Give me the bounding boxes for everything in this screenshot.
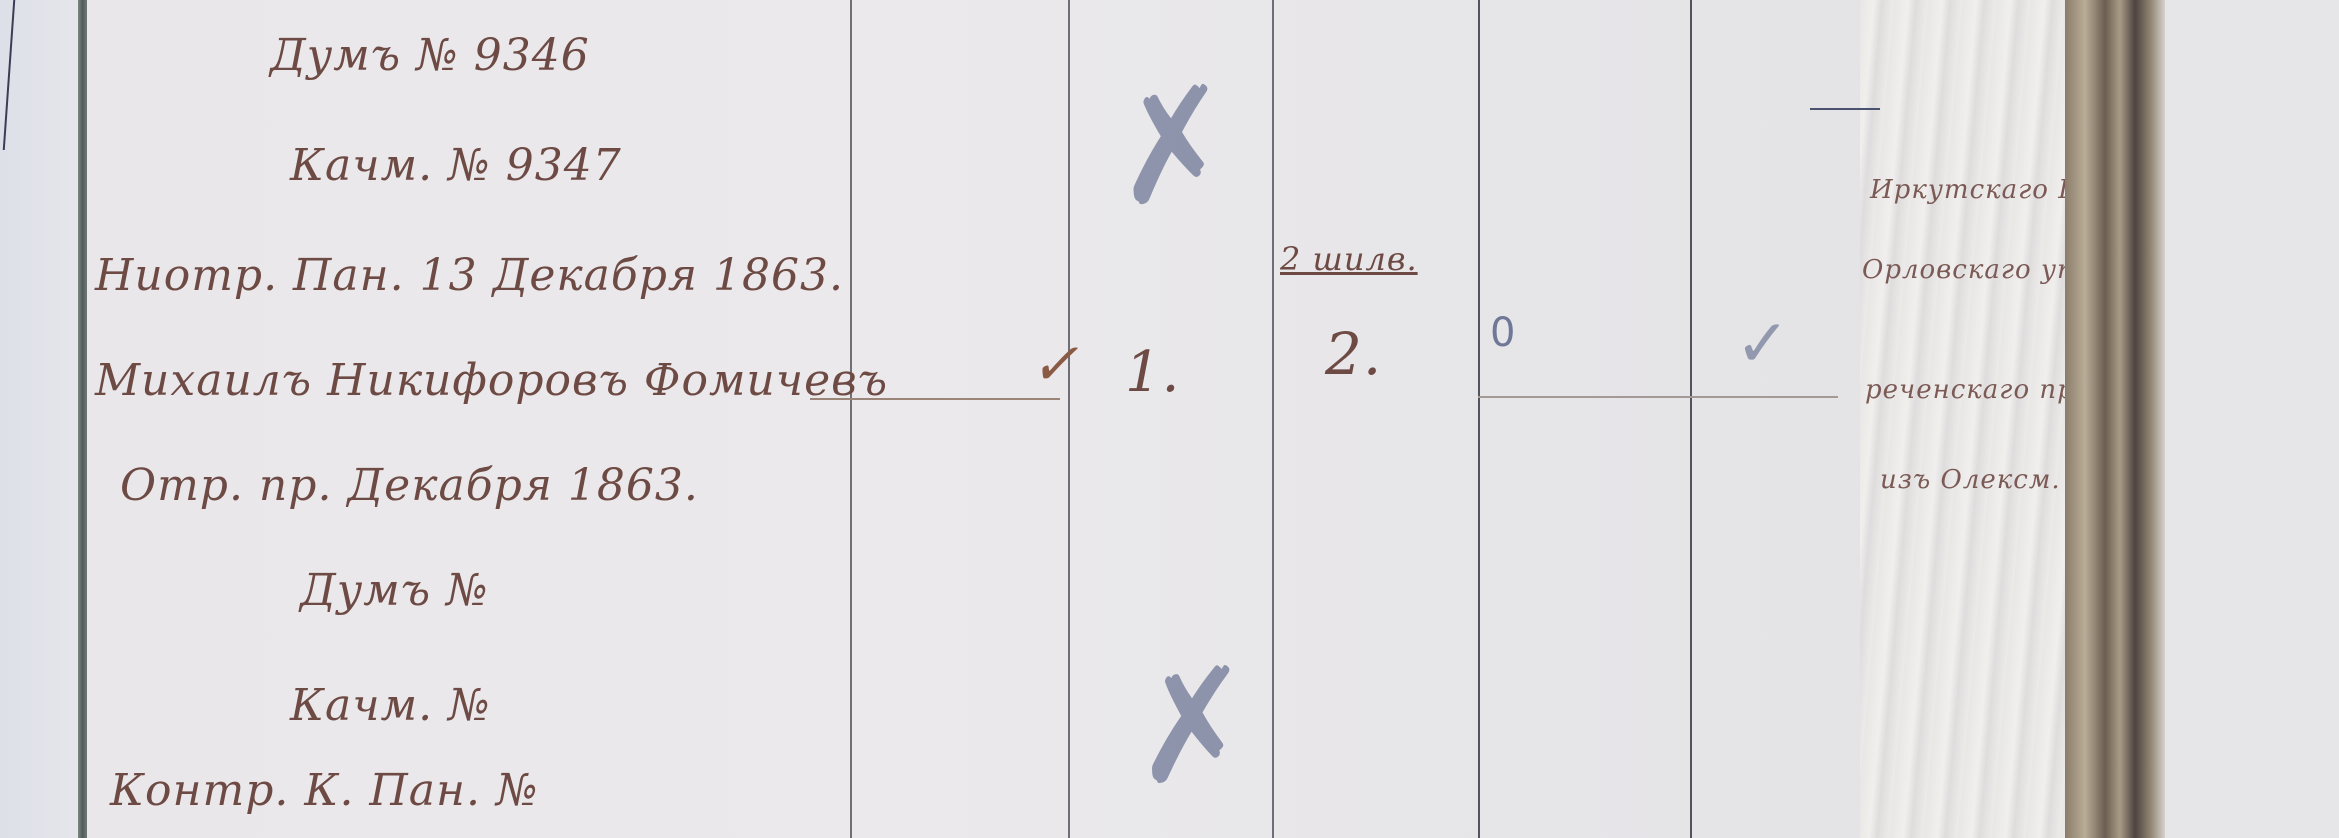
pencil-cross-bottom-icon: ✗ <box>1121 634 1264 820</box>
facing-page-margin <box>2165 0 2339 838</box>
book-spine <box>2065 0 2165 838</box>
row-separator-2 <box>1478 396 1838 398</box>
column-rule-4 <box>1478 0 1480 838</box>
tick-mark <box>1810 108 1880 110</box>
entry-departure-date: Отр. пр. Декабря 1863. <box>120 460 699 511</box>
column-header-note: 2 шилв. <box>1280 240 1418 278</box>
column-rule-3 <box>1272 0 1274 838</box>
left-border-rule <box>78 0 87 838</box>
entry-kachm-number: Качм. № 9347 <box>290 140 622 191</box>
entry-person-name: Михаилъ Никифоровъ Фомичевъ <box>95 355 888 406</box>
register-page: Думъ № 9346 Качм. № 9347 Ниотр. Пан. 13 … <box>0 0 2339 838</box>
left-margin <box>0 0 82 838</box>
origin-line-4: изъ Олексм. <box>1880 465 2061 495</box>
entry-duma-number: Думъ № 9346 <box>270 30 590 81</box>
column-rule-1 <box>850 0 852 838</box>
entry-control-blank: Контр. К. Пан. № <box>110 765 539 816</box>
count-value: 1. <box>1125 340 1180 405</box>
column-rule-2 <box>1068 0 1070 838</box>
pencil-cross-top-icon: ✗ <box>1099 52 1248 242</box>
pencil-zero: 0 <box>1490 310 1515 356</box>
entry-birth-date: Ниотр. Пан. 13 Декабря 1863. <box>95 250 844 301</box>
entry-duma-blank: Думъ № <box>300 565 489 616</box>
column-rule-5 <box>1690 0 1692 838</box>
origin-line-1: Иркутскаго Г. <box>1870 175 2086 205</box>
pencil-checkmark-icon: ✓ <box>1735 305 1790 382</box>
value-cell: 2. <box>1325 320 1382 388</box>
entry-kachm-blank: Качм. № <box>290 680 491 731</box>
ink-checkmark-icon: ✓ <box>1030 330 1080 398</box>
